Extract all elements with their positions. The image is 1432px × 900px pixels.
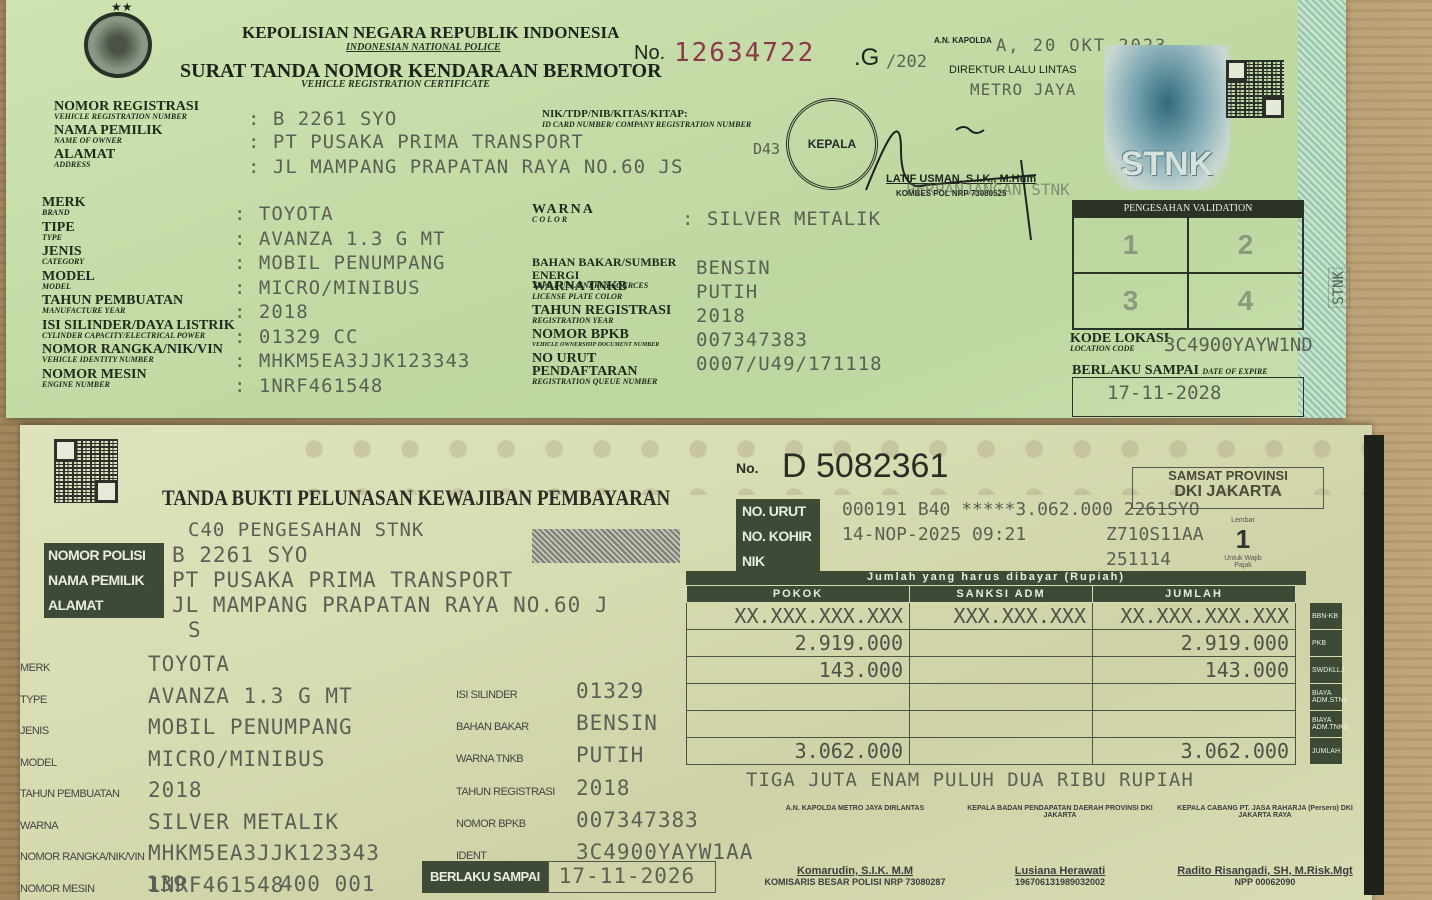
vehicle-values-right: BENSIN PUTIH 2018 007347383 0007/U49/171… xyxy=(696,256,883,376)
payment-row-tag: JUMLAH xyxy=(1310,738,1342,765)
payment-row-tag: PKB xyxy=(1310,630,1342,657)
payment-sanksi-cell xyxy=(910,738,1093,765)
owner-address: : JL MAMPANG PRAPATAN RAYA NO.60 JS xyxy=(248,156,683,178)
validation-header: PENGESAHAN VALIDATION xyxy=(1073,201,1303,217)
on-behalf-label: A.N. KAPOLDA xyxy=(934,36,992,45)
vehicle-labels-right: BAHAN BAKAR/SUMBER ENERGITYPE FUEL/ENERG… xyxy=(532,256,702,376)
registration-number: : B 2261 SYO xyxy=(248,108,397,130)
vehicle-field: WARNASILVER METALIK xyxy=(20,809,380,841)
location-code-label: KODE LOKASILOCATION CODE xyxy=(1070,332,1169,353)
qr-code xyxy=(1226,60,1284,118)
payment-jumlah-cell: 143.000 xyxy=(1093,657,1296,684)
signature-row: A.N. KAPOLDA METRO JAYA DIRLANTAS Komaru… xyxy=(760,805,1360,887)
receipt-no-label: No. xyxy=(736,460,759,476)
payment-sanksi-cell xyxy=(910,630,1093,657)
number-label: No. xyxy=(634,42,665,65)
vehicle-field: ISI SILINDER01329 xyxy=(456,677,753,709)
vehicle-field: BAHAN BAKARBENSIN xyxy=(456,709,753,741)
payment-jumlah-cell: XX.XXX.XXX.XXX xyxy=(1093,603,1296,630)
vehicle-field: MODELMICRO/MINIBUS xyxy=(20,746,380,778)
receipt-subtitle: C40 PENGESAHAN STNK xyxy=(188,519,424,541)
payment-sanksi-cell: XXX.XXX.XXX xyxy=(910,603,1093,630)
validation-box: PENGESAHAN VALIDATION 1 2 3 4 xyxy=(1072,200,1304,330)
payment-caption: Jumlah yang harus dibayar (Rupiah) xyxy=(686,571,1306,585)
payment-jumlah-cell xyxy=(1093,711,1296,738)
signature-block: KEPALA BADAN PENDAPATAN DAERAH PROVINSI … xyxy=(965,805,1155,887)
footer-code-1: 139 xyxy=(146,872,187,896)
vehicle-field: WARNA TNKBPUTIH xyxy=(456,741,753,773)
agency-name-en: INDONESIAN NATIONAL POLICE xyxy=(346,42,501,53)
signature-mark xyxy=(856,100,1076,240)
certificate-number: 12634722 xyxy=(674,38,815,68)
vehicle-field: TAHUN PEMBUATAN2018 xyxy=(20,777,380,809)
id-number-label: NIK/TDP/NIB/KITAS/KITAP:ID CARD NUMBER/ … xyxy=(542,108,751,129)
payment-jumlah-cell: 3.062.000 xyxy=(1093,738,1296,765)
expiry-date: 17-11-2028 xyxy=(1073,378,1303,404)
signature-block: A.N. KAPOLDA METRO JAYA DIRLANTAS Komaru… xyxy=(760,805,950,887)
vehicle-field: JENISMOBIL PENUMPANG xyxy=(20,714,380,746)
payment-pokok-cell: XX.XXX.XXX.XXX xyxy=(687,603,910,630)
agency-name: KEPOLISIAN NEGARA REPUBLIK INDONESIA xyxy=(242,23,619,43)
receipt-qr-code xyxy=(54,439,118,503)
vehicle-field: TAHUN REGISTRASI2018 xyxy=(456,774,753,806)
vertical-stnk-mark: STNK xyxy=(1328,268,1350,308)
vehicle-field: MERKTOYOTA xyxy=(20,651,380,683)
payment-row: XX.XXX.XXX.XXXXXX.XXX.XXXXX.XXX.XXX.XXX xyxy=(687,603,1296,630)
receipt-edge xyxy=(1364,435,1384,895)
payment-pokok-cell: 2.919.000 xyxy=(687,630,910,657)
payment-row: 143.000143.000 xyxy=(687,657,1296,684)
payment-table: Jumlah yang harus dibayar (Rupiah) POKOK… xyxy=(686,571,1306,791)
payment-row-tag: SWDKLLJ xyxy=(1310,657,1342,684)
vehicle-field: NOMOR RANGKA/NIK/VINMHKM5EA3JJK123343 xyxy=(20,840,380,872)
receipt-owner: NOMOR POLISIB 2261 SYO NAMA PEMILIKPT PU… xyxy=(44,543,609,642)
payment-row-tag: BIAYA ADM.TNKB xyxy=(1310,711,1342,738)
document-title-en: VEHICLE REGISTRATION CERTIFICATE xyxy=(301,79,490,90)
validation-cell-4: 4 xyxy=(1188,273,1303,329)
payment-row xyxy=(687,684,1296,711)
payment-row: 3.062.0003.062.000 xyxy=(687,738,1296,765)
receipt-meta: NO. URUT000191 B40 *****3.062.000 2261SY… xyxy=(736,499,1204,574)
payment-jumlah-cell xyxy=(1093,684,1296,711)
signature-block: KEPALA CABANG PT. JASA RAHARJA (Persero)… xyxy=(1170,805,1360,887)
ref-code: D43 xyxy=(753,140,780,158)
sheet-marker: Lembar 1 Untuk Wajib Pajak xyxy=(1218,517,1268,569)
payment-sanksi-cell xyxy=(910,711,1093,738)
receipt-title: TANDA BUKTI PELUNASAN KEWAJIBAN PEMBAYAR… xyxy=(162,485,670,511)
payment-receipt: TANDA BUKTI PELUNASAN KEWAJIBAN PEMBAYAR… xyxy=(20,425,1372,900)
owner-name: : PT PUSAKA PRIMA TRANSPORT xyxy=(248,131,584,153)
stnk-certificate: ★★ KEPOLISIAN NEGARA REPUBLIK INDONESIA … xyxy=(6,0,1346,418)
color-label: WARNACOLOR xyxy=(532,203,595,224)
payment-row xyxy=(687,711,1296,738)
location-code: 3C4900YAYW1ND xyxy=(1164,334,1313,356)
payment-sanksi-cell xyxy=(910,657,1093,684)
vehicle-values-left: : TOYOTA : AVANZA 1.3 G MT : MOBIL PENUM… xyxy=(234,202,470,398)
footer-code-2: 400 001 xyxy=(280,872,376,896)
police-emblem-icon xyxy=(84,12,152,78)
series-letter: .G xyxy=(854,44,879,72)
payment-row: 2.919.0002.919.000 xyxy=(687,630,1296,657)
issuance-ref: /202 xyxy=(886,52,927,72)
payment-jumlah-cell: 2.919.000 xyxy=(1093,630,1296,657)
vehicle-field: NOMOR BPKB007347383 xyxy=(456,806,753,838)
director-label: DIREKTUR LALU LINTAS xyxy=(949,64,1077,76)
payment-row-tag: BBN-KB xyxy=(1310,603,1342,630)
expiry-label: BERLAKU SAMPAI DATE OF EXPIRE xyxy=(1072,364,1268,378)
payment-row-tags: BBN-KBPKBSWDKLLJBIAYA ADM.STNKBIAYA ADM.… xyxy=(1310,603,1342,765)
color-value: : SILVER METALIK xyxy=(682,208,881,230)
validation-cell-1: 1 xyxy=(1073,217,1188,273)
payment-sanksi-cell xyxy=(910,684,1093,711)
validation-cell-3: 3 xyxy=(1073,273,1188,329)
payment-row-tag: BIAYA ADM.STNK xyxy=(1310,684,1342,711)
vehicle-field: TYPEAVANZA 1.3 G MT xyxy=(20,683,380,715)
expiry-box: 17-11-2028 xyxy=(1072,377,1304,417)
receipt-vehicle-right: ISI SILINDER01329BAHAN BAKARBENSINWARNA … xyxy=(456,677,753,870)
stnk-hologram: STNK xyxy=(1104,45,1230,190)
receipt-vehicle-left: MERKTOYOTATYPEAVANZA 1.3 G MTJENISMOBIL … xyxy=(20,651,380,900)
region-label: METRO JAYA xyxy=(970,80,1076,99)
stars-icon: ★★ xyxy=(111,0,133,15)
amount-in-words: TIGA JUTA ENAM PULUH DUA RIBU RUPIAH xyxy=(686,765,1306,791)
receipt-expiry: BERLAKU SAMPAI 17-11-2026 xyxy=(422,861,716,893)
owner-labels: NOMOR REGISTRASIVEHICLE REGISTRATION NUM… xyxy=(54,100,274,172)
validation-cell-2: 2 xyxy=(1188,217,1303,273)
receipt-number: D 5082361 xyxy=(782,447,948,486)
overprint: PERPANJANGAN STNK xyxy=(906,180,1070,199)
